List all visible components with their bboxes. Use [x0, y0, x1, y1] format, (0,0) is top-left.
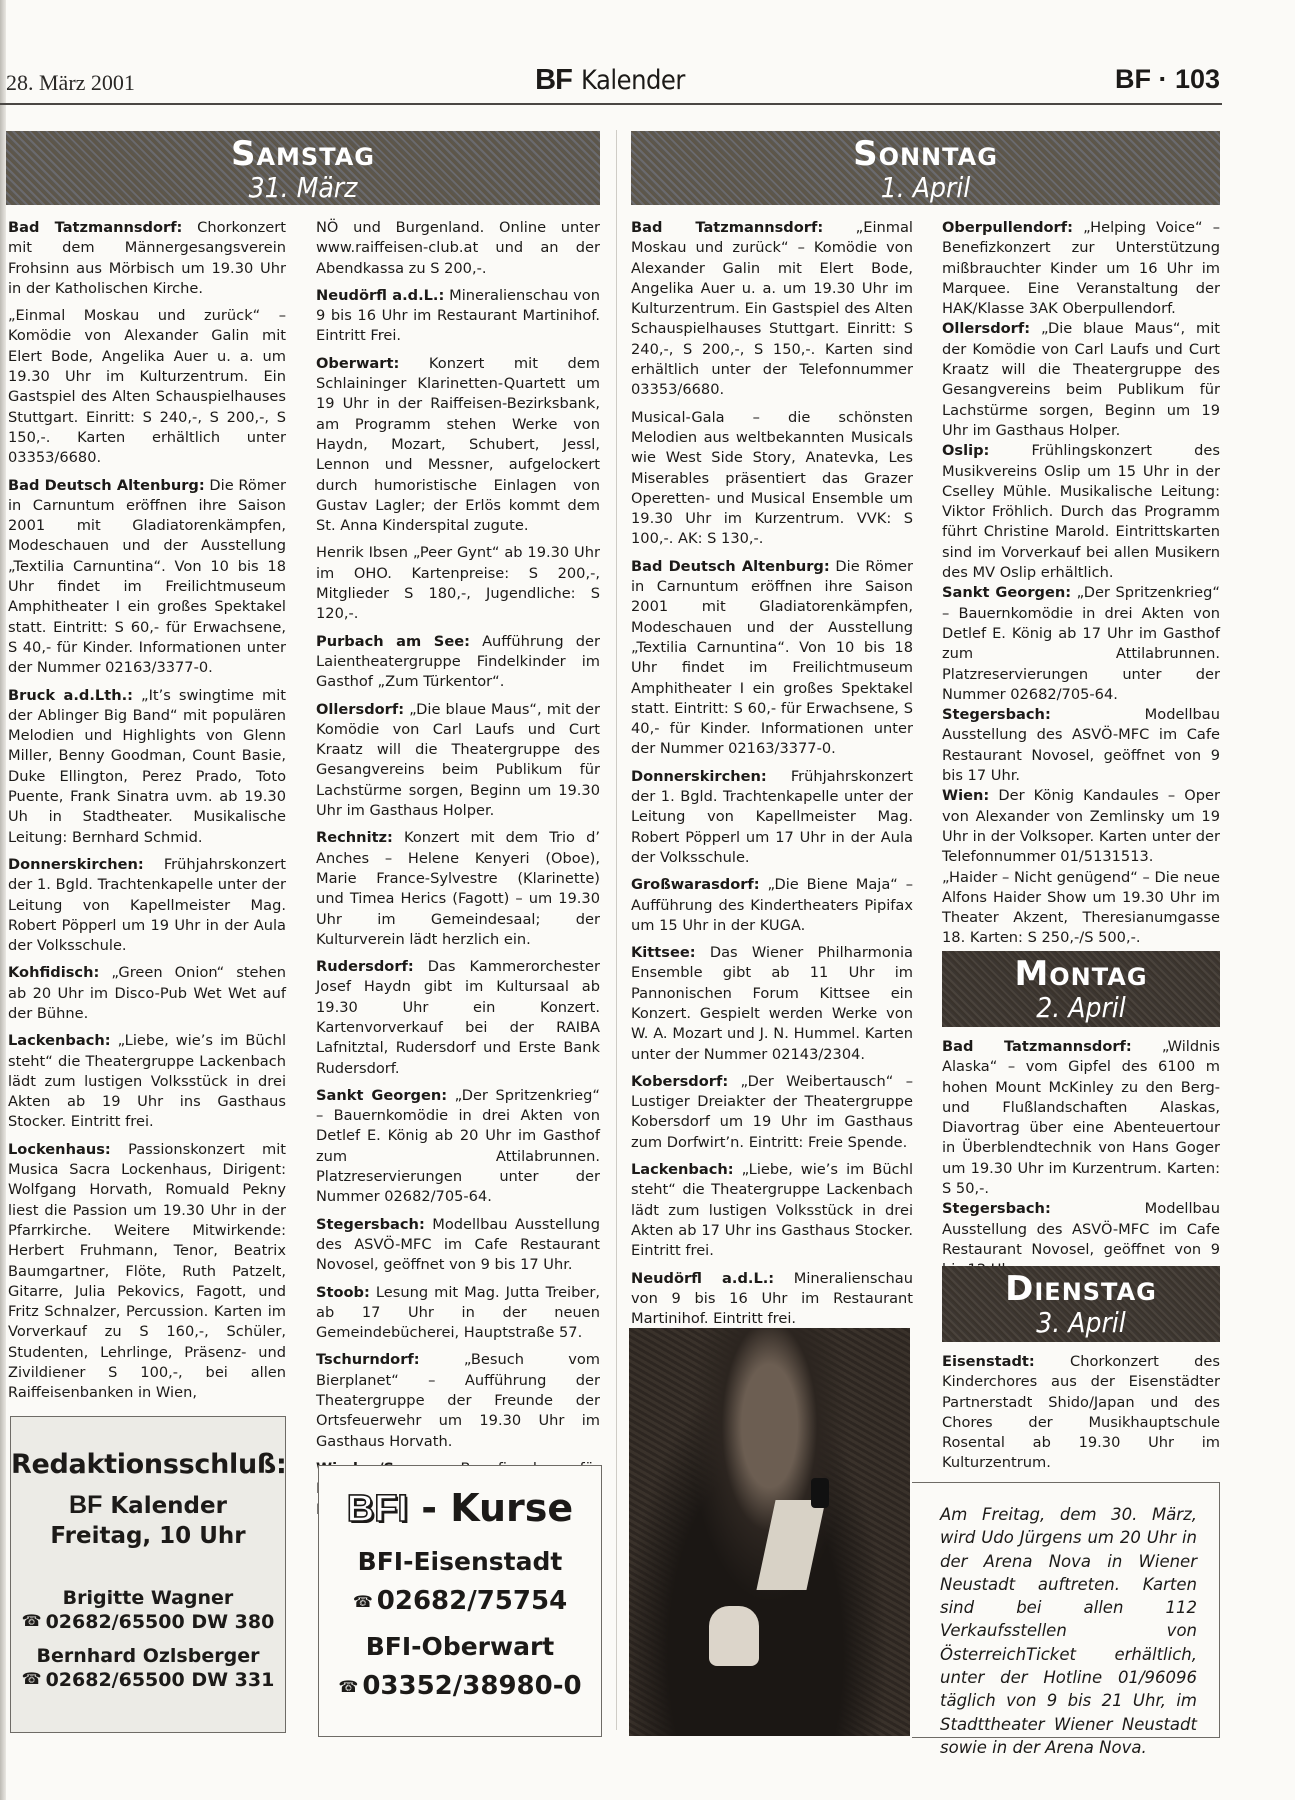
- photo-caption-box: Am Freitag, dem 30. März, wird Udo Jürge…: [912, 1482, 1220, 1738]
- event-entry: Ollersdorf: „Die blaue Maus“, mit der Ko…: [316, 700, 600, 822]
- day-name: Sonntag: [631, 131, 1220, 173]
- event-entry: Bad Deutsch Altenburg: Die Römer in Carn…: [8, 476, 286, 679]
- event-description: Die Römer in Carnuntum eröffnen ihre Sai…: [631, 558, 913, 758]
- page-binding-edge: [0, 0, 6, 1800]
- event-location: Oberpullendorf:: [942, 219, 1073, 236]
- day-header-sonntag: Sonntag 1. April: [631, 131, 1220, 205]
- column-divider: [616, 130, 617, 1730]
- samstag-column-1: Bad Tatzmannsdorf: Chorkonzert mit dem M…: [8, 218, 286, 1411]
- event-location: Donnerskirchen:: [8, 856, 144, 873]
- event-location: Stegersbach:: [942, 1200, 1051, 1217]
- event-entry: Bad Deutsch Altenburg: Die Römer in Carn…: [631, 557, 913, 760]
- event-entry: Lackenbach: „Liebe, wie’s im Büchl steht…: [8, 1031, 286, 1132]
- event-location: Neudörfl a.d.L.:: [316, 287, 444, 304]
- microphone-icon: [811, 1478, 829, 1508]
- event-location: Stegersbach:: [942, 706, 1051, 723]
- event-location: Eisenstadt:: [942, 1353, 1035, 1370]
- event-entry: Kohfidisch: „Green Onion“ stehen ab 20 U…: [8, 963, 286, 1024]
- event-location: Sankt Georgen:: [942, 584, 1071, 601]
- event-location: Rechnitz:: [316, 829, 393, 846]
- event-location: Stoob:: [316, 1284, 370, 1301]
- event-entry: Kobersdorf: „Der Weibertausch“ – Lustige…: [631, 1072, 913, 1153]
- event-description: Das Wiener Philharmonia Ensemble gibt ab…: [631, 944, 913, 1062]
- event-entry: Henrik Ibsen „Peer Gynt“ ab 19.30 Uhr im…: [316, 543, 600, 624]
- event-location: Tschurndorf:: [316, 1351, 420, 1368]
- event-entry: Kittsee: Das Wiener Philharmonia Ensembl…: [631, 943, 913, 1065]
- event-location: Lockenhaus:: [8, 1141, 111, 1158]
- masthead: 28. März 2001 BF Kalender BF · 103: [0, 60, 1220, 100]
- event-entry: Großwarasdorf: „Die Biene Maja“ – Auffüh…: [631, 875, 913, 936]
- event-location: Bruck a.d.Lth.:: [8, 687, 133, 704]
- event-entry: Purbach am See: Aufführung der Laienthea…: [316, 632, 600, 693]
- event-description: Passionskonzert mit Musica Sacra Lockenh…: [8, 1141, 286, 1402]
- event-description: „Der Spritzenkrieg“ – Bauernkomödie in d…: [942, 584, 1220, 702]
- box-subheading: BF Kalender Freitag, 10 Uhr: [11, 1490, 285, 1551]
- event-entry: Stoob: Lesung mit Mag. Jutta Treiber, ab…: [316, 1283, 600, 1344]
- event-location: Donnerskirchen:: [631, 768, 767, 785]
- section-name: Kalender: [581, 65, 685, 96]
- event-entry: Lackenbach: „Liebe, wie’s im Büchl steht…: [631, 1160, 913, 1261]
- event-location: Kobersdorf:: [631, 1073, 728, 1090]
- contact-name: Bernhard Ozlsberger: [11, 1645, 285, 1667]
- event-entry: Eisenstadt: Chorkonzert des Kinderchores…: [942, 1352, 1220, 1474]
- event-location: Großwarasdorf:: [631, 876, 760, 893]
- deadline: Freitag, 10 Uhr: [50, 1523, 245, 1549]
- event-entry: Neudörfl a.d.L.: Mineralienschau von 9 b…: [631, 1269, 913, 1330]
- contact-name: Brigitte Wagner: [11, 1587, 285, 1609]
- event-location: Bad Deutsch Altenburg:: [631, 558, 830, 575]
- redaktionsschluss-box: Redaktionsschluß: BF Kalender Freitag, 1…: [10, 1416, 286, 1733]
- day-name: Dienstag: [942, 1266, 1220, 1308]
- event-entry: Musical-Gala – die schönsten Melodien au…: [631, 408, 913, 550]
- event-description: Henrik Ibsen „Peer Gynt“ ab 19.30 Uhr im…: [316, 544, 600, 622]
- event-description: „Wildnis Alaska“ – vom Gipfel des 6100 m…: [942, 1038, 1220, 1197]
- event-entry: Rechnitz: Konzert mit dem Trio d’ Anches…: [316, 828, 600, 950]
- event-description: NÖ und Burgenland. Online unter www.raif…: [316, 219, 600, 277]
- event-location: Ollersdorf:: [316, 701, 404, 718]
- event-location: Stegersbach:: [316, 1216, 425, 1233]
- contact-phone: ☎02682/65500 DW 380: [11, 1611, 285, 1633]
- event-entry: Donnerskirchen: Frühjahrskonzert der 1. …: [8, 855, 286, 956]
- event-entry: NÖ und Burgenland. Online unter www.raif…: [316, 218, 600, 279]
- event-location: Ollersdorf:: [942, 320, 1030, 337]
- event-location: Wien:: [942, 787, 989, 804]
- day-header-montag: Montag 2. April: [942, 951, 1220, 1027]
- event-location: Neudörfl a.d.L.:: [631, 1270, 774, 1287]
- event-location: Purbach am See:: [316, 633, 470, 650]
- event-entry: Bad Tatzmannsdorf: Chorkonzert mit dem M…: [8, 218, 286, 299]
- phone-icon: ☎: [353, 1592, 373, 1611]
- location-phone: ☎03352/38980-0: [319, 1671, 601, 1701]
- event-location: Lackenbach:: [8, 1032, 111, 1049]
- event-entry: Donnerskirchen: Frühjahrskonzert der 1. …: [631, 767, 913, 868]
- day-date: 1. April: [631, 173, 1220, 203]
- day-name: Montag: [942, 951, 1220, 993]
- event-entry: Stegersbach: Modellbau Ausstellung des A…: [316, 1215, 600, 1276]
- masthead-rule: [0, 103, 1222, 105]
- phone-icon: ☎: [338, 1677, 358, 1696]
- event-entry: Sankt Georgen: „Der Spritzenkrieg“ – Bau…: [942, 583, 1220, 705]
- bf-logo: BF: [69, 1491, 102, 1519]
- event-entry: Oslip: Frühlingskonzert des Musikvereins…: [942, 441, 1220, 583]
- photo-caption: Am Freitag, dem 30. März, wird Udo Jürge…: [940, 1503, 1197, 1759]
- day-name: Samstag: [6, 131, 600, 173]
- event-description: Konzert mit dem Schlaininger Klarinetten…: [316, 355, 600, 534]
- location-name: BFI-Oberwart: [319, 1632, 601, 1661]
- event-location: Bad Deutsch Altenburg:: [8, 477, 205, 494]
- event-description: Konzert mit dem Trio d’ Anches – Helene …: [316, 829, 600, 947]
- event-entry: „Haider – Nicht genügend“ – Die neue Alf…: [942, 868, 1220, 949]
- day-date: 31. März: [6, 173, 600, 203]
- phone-icon: ☎: [22, 1611, 42, 1630]
- dienstag-column: Eisenstadt: Chorkonzert des Kinderchores…: [942, 1352, 1220, 1474]
- photo-hand: [709, 1606, 759, 1666]
- day-date: 2. April: [942, 993, 1220, 1023]
- event-entry: Wien: Der König Kandaules – Oper von Ale…: [942, 786, 1220, 867]
- event-location: Kohfidisch:: [8, 964, 99, 981]
- phone-icon: ☎: [22, 1669, 42, 1688]
- day-header-dienstag: Dienstag 3. April: [942, 1266, 1220, 1342]
- event-entry: Ollersdorf: „Die blaue Maus“, mit der Ko…: [942, 319, 1220, 441]
- location-name: BFI-Eisenstadt: [319, 1547, 601, 1576]
- event-description: Musical-Gala – die schönsten Melodien au…: [631, 409, 913, 548]
- event-location: Bad Tatzmannsdorf:: [942, 1038, 1132, 1055]
- event-location: Kittsee:: [631, 944, 696, 961]
- photo-shirt: [756, 1500, 825, 1590]
- box-heading: BFI - Kurse: [319, 1486, 601, 1531]
- day-header-samstag: Samstag 31. März: [6, 131, 600, 205]
- event-description: „Der Spritzenkrieg“ – Bauernkomödie in d…: [316, 1087, 600, 1205]
- bfi-logo: BFI: [347, 1488, 408, 1530]
- event-description: Chorkonzert des Kinderchores aus der Eis…: [942, 1353, 1220, 1471]
- event-entry: Sankt Georgen: „Der Spritzenkrieg“ – Bau…: [316, 1086, 600, 1208]
- event-location: Oberwart:: [316, 355, 399, 372]
- event-description: „Haider – Nicht genügend“ – Die neue Alf…: [942, 869, 1220, 947]
- event-description: „It’s swingtime mit der Ablinger Big Ban…: [8, 687, 286, 846]
- location-phone: ☎02682/75754: [319, 1586, 601, 1616]
- day-date: 3. April: [942, 1308, 1220, 1338]
- event-entry: Lockenhaus: Passionskonzert mit Musica S…: [8, 1140, 286, 1404]
- event-entry: Stegersbach: Modellbau Ausstellung des A…: [942, 705, 1220, 786]
- event-entry: „Einmal Moskau und zurück“ – Komödie von…: [8, 306, 286, 468]
- event-location: Lackenbach:: [631, 1161, 734, 1178]
- event-entry: Bruck a.d.Lth.: „It’s swingtime mit der …: [8, 686, 286, 848]
- event-entry: Neudörfl a.d.L.: Mineralienschau von 9 b…: [316, 286, 600, 347]
- event-entry: Oberpullendorf: „Helping Voice“ – Benefi…: [942, 218, 1220, 319]
- event-location: Bad Tatzmannsdorf:: [631, 219, 823, 236]
- sonntag-column-1: Bad Tatzmannsdorf: „Einmal Moskau und zu…: [631, 218, 913, 1336]
- event-location: Oslip:: [942, 442, 989, 459]
- singer-photo: [629, 1328, 910, 1736]
- sonntag-column-2: Oberpullendorf: „Helping Voice“ – Benefi…: [942, 218, 1220, 949]
- event-entry: Tschurndorf: „Besuch vom Bierplanet“ – A…: [316, 1350, 600, 1451]
- samstag-column-2: NÖ und Burgenland. Online unter www.raif…: [316, 218, 600, 1527]
- event-description: Frühlingskonzert des Musikvereins Oslip …: [942, 442, 1220, 581]
- montag-column: Bad Tatzmannsdorf: „Wildnis Alaska“ – vo…: [942, 1037, 1220, 1281]
- event-entry: Bad Tatzmannsdorf: „Wildnis Alaska“ – vo…: [942, 1037, 1220, 1199]
- event-location: Rudersdorf:: [316, 958, 414, 975]
- event-entry: Oberwart: Konzert mit dem Schlaininger K…: [316, 354, 600, 537]
- event-location: Bad Tatzmannsdorf:: [8, 219, 182, 236]
- event-entry: Rudersdorf: Das Kammerorchester Josef Ha…: [316, 957, 600, 1079]
- event-description: „Die blaue Maus“, mit der Komödie von Ca…: [316, 701, 600, 819]
- event-entry: Bad Tatzmannsdorf: „Einmal Moskau und zu…: [631, 218, 913, 401]
- contact-phone: ☎02682/65500 DW 331: [11, 1669, 285, 1691]
- section-title: BF Kalender: [0, 62, 1220, 97]
- event-description: „Einmal Moskau und zurück“ – Komödie von…: [8, 307, 286, 466]
- bf-logo: BF: [535, 64, 572, 96]
- event-description: Das Kammerorchester Josef Haydn gibt im …: [316, 958, 600, 1076]
- event-description: „Einmal Moskau und zurück“ – Komödie von…: [631, 219, 913, 398]
- event-location: Sankt Georgen:: [316, 1087, 447, 1104]
- bfi-kurse-box: BFI - Kurse BFI-Eisenstadt ☎02682/75754 …: [318, 1465, 602, 1737]
- event-description: „Die blaue Maus“, mit der Komödie von Ca…: [942, 320, 1220, 438]
- box-heading: Redaktionsschluß:: [11, 1449, 285, 1480]
- page-number: BF · 103: [1115, 64, 1220, 95]
- event-description: Die Römer in Carnuntum eröffnen ihre Sai…: [8, 477, 286, 677]
